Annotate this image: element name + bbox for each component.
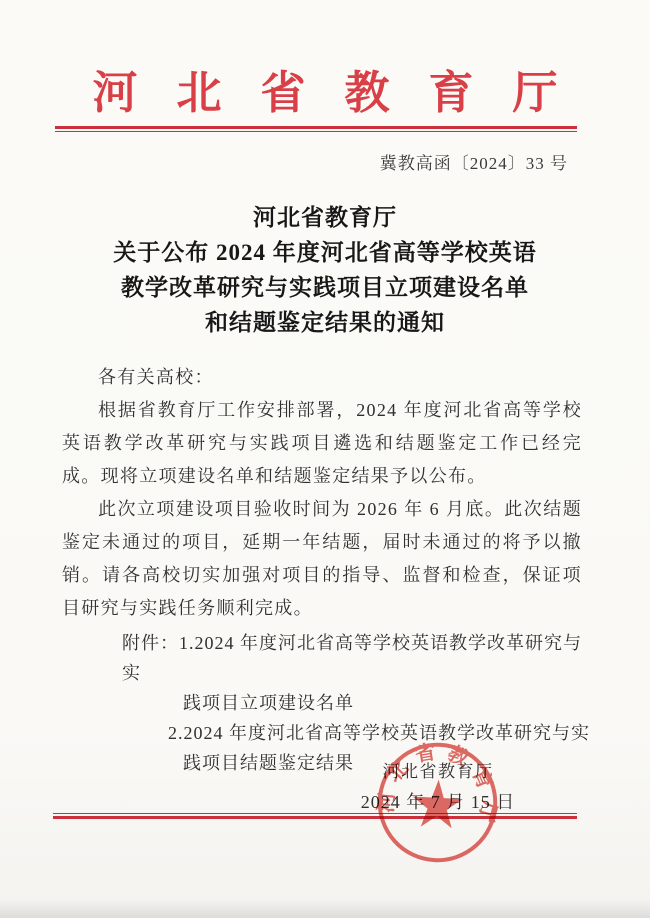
body-paragraph-1: 根据省教育厅工作安排部署，2024 年度河北省高等学校英语教学改革研究与实践项目… [62, 394, 582, 493]
signature-org: 河北省教育厅 [336, 757, 540, 787]
attachment-line-2: 践项目立项建设名单 [183, 688, 590, 718]
body-paragraph-2: 此次立项建设项目验收时间为 2026 年 6 月底。此次结题鉴定未通过的项目，延… [62, 493, 582, 625]
attachment-line-3: 2.2024 年度河北省高等学校英语教学改革研究与实 [168, 718, 590, 748]
document-reference-number: 冀教高函〔2024〕33 号 [380, 149, 568, 174]
letterhead-separator-rule [55, 126, 577, 132]
title-line-1: 河北省教育厅 [40, 200, 610, 235]
notice-title: 河北省教育厅 关于公布 2024 年度河北省高等学校英语 教学改革研究与实践项目… [40, 200, 610, 340]
title-line-4: 和结题鉴定结果的通知 [40, 305, 610, 340]
footer-separator-rule [53, 813, 577, 819]
title-line-3: 教学改革研究与实践项目立项建设名单 [40, 270, 610, 305]
salutation: 各有关高校： [62, 361, 582, 394]
attachment-list: 附件：1.2024 年度河北省高等学校英语教学改革研究与实 践项目立项建设名单 … [122, 628, 590, 778]
letterhead-org-name: 河北省教育厅 [0, 56, 650, 121]
notice-body: 各有关高校： 根据省教育厅工作安排部署，2024 年度河北省高等学校英语教学改革… [62, 361, 582, 625]
document-page: 河北省教育厅 冀教高函〔2024〕33 号 河北省教育厅 关于公布 2024 年… [0, 0, 650, 918]
title-line-2: 关于公布 2024 年度河北省高等学校英语 [40, 235, 610, 270]
attachment-line-1: 附件：1.2024 年度河北省高等学校英语教学改革研究与实 [122, 628, 590, 688]
signature-block: 河北省教育厅 2024 年 7 月 15 日 [336, 757, 540, 817]
